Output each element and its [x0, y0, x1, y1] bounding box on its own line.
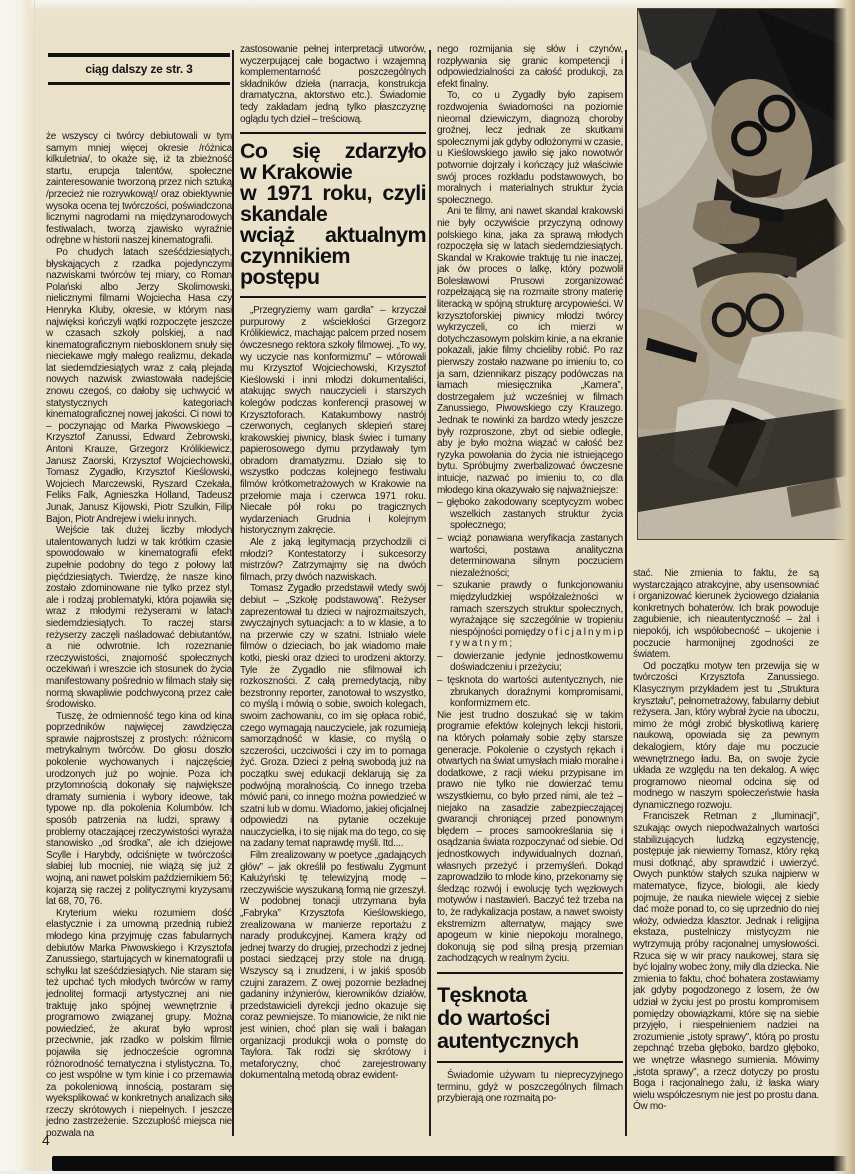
headline-line: postępu [240, 267, 426, 288]
section-headline: Tęsknotado wartościautentycznych [437, 984, 623, 1053]
body-paragraph: Ale z jaką legitymacją przychodzili ci m… [240, 537, 426, 583]
body-paragraph: stać. Nie zmienia to faktu, że są wystar… [633, 568, 819, 661]
headline-line: autentycznych [437, 1030, 623, 1053]
text-column-4: stać. Nie zmienia to faktu, że są wystar… [633, 568, 819, 1136]
article-photo [637, 8, 852, 540]
bottom-black-bar [52, 1156, 855, 1171]
body-paragraph: zastosowanie pełnej interpretacji utworó… [240, 44, 426, 125]
list-item: – szukanie prawdy o funkcjonowaniu międz… [437, 580, 623, 650]
body-paragraph: Nie jest trudno doszukać się w takim pro… [437, 710, 623, 965]
headline-line: czynnikiem [240, 246, 426, 267]
section-divider [437, 1061, 623, 1063]
body-paragraph: że wszyscy ci twórcy debiutowali w tym s… [46, 131, 232, 247]
text-column-3: nego rozmijania się słów i czynów, rozpł… [437, 44, 623, 1138]
body-paragraph: Świadomie używam tu nieprecyzyjnego term… [437, 1070, 623, 1105]
scan-edge-left [0, 0, 35, 1174]
list-item: – dowierzanie jedynie jednostkowemu dośw… [437, 651, 623, 674]
headline-line: wciąż aktualnym [240, 225, 426, 246]
body-paragraph: Ani te filmy, ani nawet skandal krakowsk… [437, 206, 623, 496]
headline-line: skandale [240, 204, 426, 225]
headline-line: w 1971 roku, czyli [240, 183, 426, 204]
body-paragraph: To, co u Zygadły było zapisem rozdwojeni… [437, 90, 623, 206]
column-divider [429, 50, 431, 1136]
section-divider [240, 296, 426, 298]
continuation-label: ciąg dalszy ze str. 3 [85, 62, 192, 76]
scan-edge-right [833, 0, 855, 1174]
body-paragraph: Od początku motyw ten przewija się w twó… [633, 661, 819, 812]
continuation-box: ciąg dalszy ze str. 3 [48, 53, 230, 85]
article-headline: Co się zdarzyłow Krakowiew 1971 roku, cz… [240, 141, 426, 288]
body-paragraph: Kryterium wieku rozumiem dość elastyczni… [46, 908, 232, 1138]
headline-line: w Krakowie [240, 162, 426, 183]
body-paragraph: Po chudych latach sześćdziesiątych, błys… [46, 247, 232, 525]
list-item: – głęboko zakodowany sceptycyzm wobec ws… [437, 497, 623, 532]
body-paragraph: „Przegryziemy wam gardła” – krzyczał pur… [240, 305, 426, 537]
photo-illustration [638, 9, 851, 539]
section-divider [437, 972, 623, 974]
list-item: – wciąż ponawiana weryfikacja zastanych … [437, 533, 623, 579]
body-paragraph: Tuszę, że odmienność tego kina od kina p… [46, 711, 232, 908]
column-divider [232, 50, 234, 1136]
body-paragraph: Tomasz Zygadło przedstawił wtedy swój de… [240, 583, 426, 850]
magazine-page: ciąg dalszy ze str. 3 że wszyscy ci twór… [0, 0, 855, 1174]
body-paragraph: Film zrealizowany w poetyce „gadających … [240, 850, 426, 1082]
body-paragraph: nego rozmijania się słów i czynów, rozpł… [437, 44, 623, 90]
column-divider [625, 50, 627, 1136]
headline-line: Tęsknota [437, 984, 623, 1007]
section-divider [240, 132, 426, 134]
page-number: 4 [42, 1132, 50, 1148]
text-column-2: zastosowanie pełnej interpretacji utworó… [240, 44, 426, 1138]
headline-line: do wartości [437, 1007, 623, 1030]
text-column-1: ciąg dalszy ze str. 3 że wszyscy ci twór… [46, 44, 232, 1138]
body-paragraph: Franciszek Retman z „Iluminacji”, szukaj… [633, 811, 819, 1112]
bullet-list: – głęboko zakodowany sceptycyzm wobec ws… [437, 497, 623, 710]
body-paragraph: Wejście tak dużej liczby młodych utalent… [46, 525, 232, 711]
list-item: – tęsknota do wartości autentycznych, ni… [437, 675, 623, 710]
headline-line: Co się zdarzyło [240, 141, 426, 162]
